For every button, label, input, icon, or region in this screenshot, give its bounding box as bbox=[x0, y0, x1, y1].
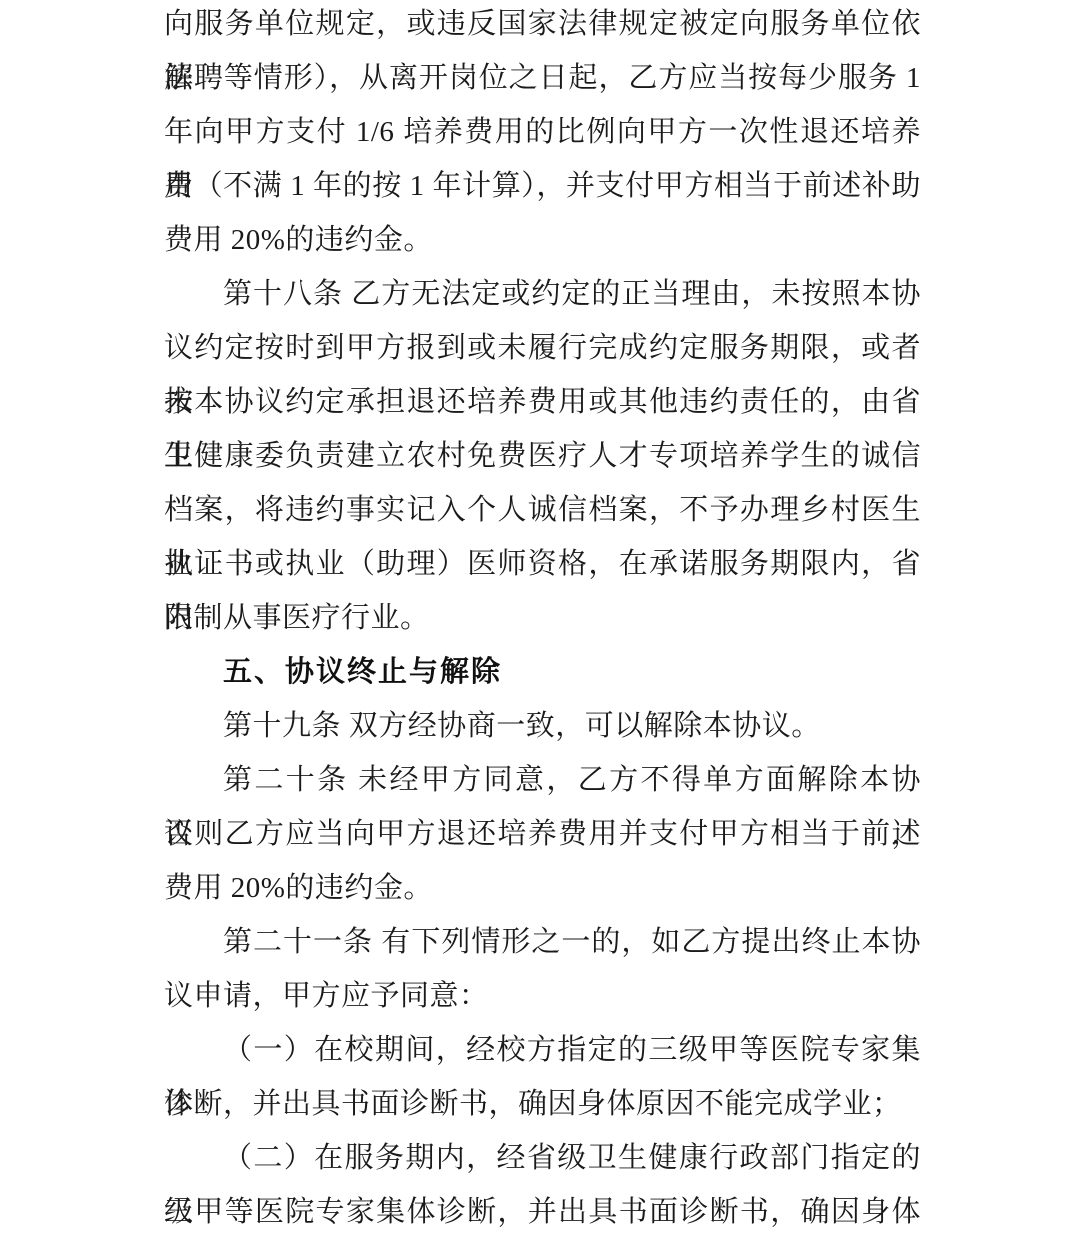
document-line: 第十九条 双方经协商一致，可以解除本协议。 bbox=[164, 699, 921, 753]
document-line: 档案，将违约事实记入个人诚信档案，不予办理乡村医生执 bbox=[164, 483, 921, 537]
document-page: { "page": { "background_color": "#ffffff… bbox=[0, 0, 1080, 1242]
document-line: 第二十一条 有下列情形之一的，如乙方提出终止本协 bbox=[164, 915, 921, 969]
document-line: 生健康委负责建立农村免费医疗人才专项培养学生的诚信 bbox=[164, 429, 921, 483]
document-text-block: 向服务单位规定，或违反国家法律规定被定向服务单位依法解聘等情形），从离开岗位之日… bbox=[164, 0, 921, 1239]
document-line: （二）在服务期内，经省级卫生健康行政部门指定的三 bbox=[164, 1131, 921, 1185]
document-line: 第十八条 乙方无法定或约定的正当理由，未按照本协 bbox=[164, 267, 921, 321]
document-line: 否则乙方应当向甲方退还培养费用并支付甲方相当于前述 bbox=[164, 807, 921, 861]
document-line: 业证书或执业（助理）医师资格，在承诺服务期限内，省内 bbox=[164, 537, 921, 591]
document-line: 级甲等医院专家集体诊断，并出具书面诊断书，确因身体原 bbox=[164, 1185, 921, 1239]
document-line: 诊断，并出具书面诊断书，确因身体原因不能完成学业； bbox=[164, 1077, 921, 1131]
document-line: 议申请，甲方应予同意： bbox=[164, 969, 921, 1023]
agreement-document: 向服务单位规定，或违反国家法律规定被定向服务单位依法解聘等情形），从离开岗位之日… bbox=[0, 0, 1080, 1242]
document-line: 限制从事医疗行业。 bbox=[164, 591, 921, 645]
document-line: 向服务单位规定，或违反国家法律规定被定向服务单位依法 bbox=[164, 0, 921, 51]
document-line: 按本协议约定承担退还培养费用或其他违约责任的，由省卫 bbox=[164, 375, 921, 429]
document-line: 用（不满 1 年的按 1 年计算），并支付甲方相当于前述补助 bbox=[164, 159, 921, 213]
document-line: 年向甲方支付 1/6 培养费用的比例向甲方一次性退还培养费 bbox=[164, 105, 921, 159]
document-line: 费用 20%的违约金。 bbox=[164, 861, 921, 915]
section-heading: 五、协议终止与解除 bbox=[164, 645, 921, 699]
document-line: 议约定按时到甲方报到或未履行完成约定服务期限，或者未 bbox=[164, 321, 921, 375]
document-line: 费用 20%的违约金。 bbox=[164, 213, 921, 267]
document-line: 第二十条 未经甲方同意，乙方不得单方面解除本协议， bbox=[164, 753, 921, 807]
document-line: 解聘等情形），从离开岗位之日起，乙方应当按每少服务 1 bbox=[164, 51, 921, 105]
document-line: （一）在校期间，经校方指定的三级甲等医院专家集体 bbox=[164, 1023, 921, 1077]
